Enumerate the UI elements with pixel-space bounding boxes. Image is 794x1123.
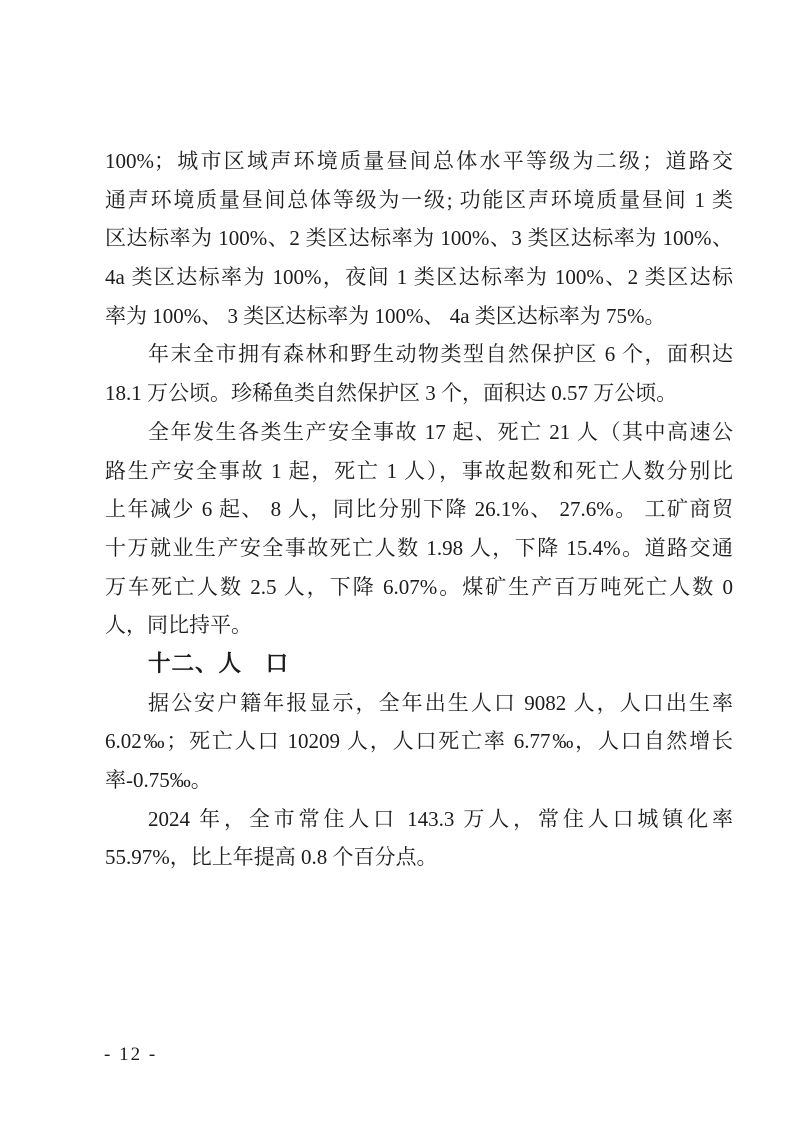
- text-line: 率为 100%、 3 类区达标率为 100%、 4a 类区达标率为 75%。: [105, 297, 733, 336]
- text-line: 4a 类区达标率为 100%，夜间 1 类区达标率为 100%、2 类区达标: [105, 258, 733, 297]
- text-line: 6.02‰；死亡人口 10209 人，人口死亡率 6.77‰，人口自然增长: [105, 722, 733, 761]
- document-body: 100%；城市区域声环境质量昼间总体水平等级为二级；道路交 通声环境质量昼间总体…: [105, 142, 733, 877]
- text-line: 万车死亡人数 2.5 人，下降 6.07%。煤矿生产百万吨死亡人数 0: [105, 568, 733, 607]
- text-line: 100%；城市区域声环境质量昼间总体水平等级为二级；道路交: [105, 142, 733, 181]
- section-heading: 十二、人 口: [105, 645, 733, 684]
- page-number: - 12 -: [104, 1042, 157, 1068]
- text-line: 上年减少 6 起、 8 人，同比分别下降 26.1%、 27.6%。 工矿商贸: [105, 490, 733, 529]
- text-line: 通声环境质量昼间总体等级为一级; 功能区声环境质量昼间 1 类: [105, 181, 733, 220]
- text-line: 区达标率为 100%、2 类区达标率为 100%、3 类区达标率为 100%、: [105, 219, 733, 258]
- text-line: 率-0.75‰。: [105, 761, 733, 800]
- text-line: 十万就业生产安全事故死亡人数 1.98 人，下降 15.4%。道路交通: [105, 529, 733, 568]
- text-line: 人，同比持平。: [105, 606, 733, 645]
- document-page: 100%；城市区域声环境质量昼间总体水平等级为二级；道路交 通声环境质量昼间总体…: [0, 0, 794, 1123]
- text-line: 全年发生各类生产安全事故 17 起、死亡 21 人（其中高速公: [105, 413, 733, 452]
- text-line: 55.97%，比上年提高 0.8 个百分点。: [105, 838, 733, 877]
- text-line: 2024 年，全市常住人口 143.3 万人，常住人口城镇化率: [105, 800, 733, 839]
- text-line: 据公安户籍年报显示，全年出生人口 9082 人，人口出生率: [105, 684, 733, 723]
- text-line: 路生产安全事故 1 起，死亡 1 人），事故起数和死亡人数分别比: [105, 452, 733, 491]
- text-line: 年末全市拥有森林和野生动物类型自然保护区 6 个，面积达: [105, 335, 733, 374]
- text-line: 18.1 万公顷。珍稀鱼类自然保护区 3 个，面积达 0.57 万公顷。: [105, 374, 733, 413]
